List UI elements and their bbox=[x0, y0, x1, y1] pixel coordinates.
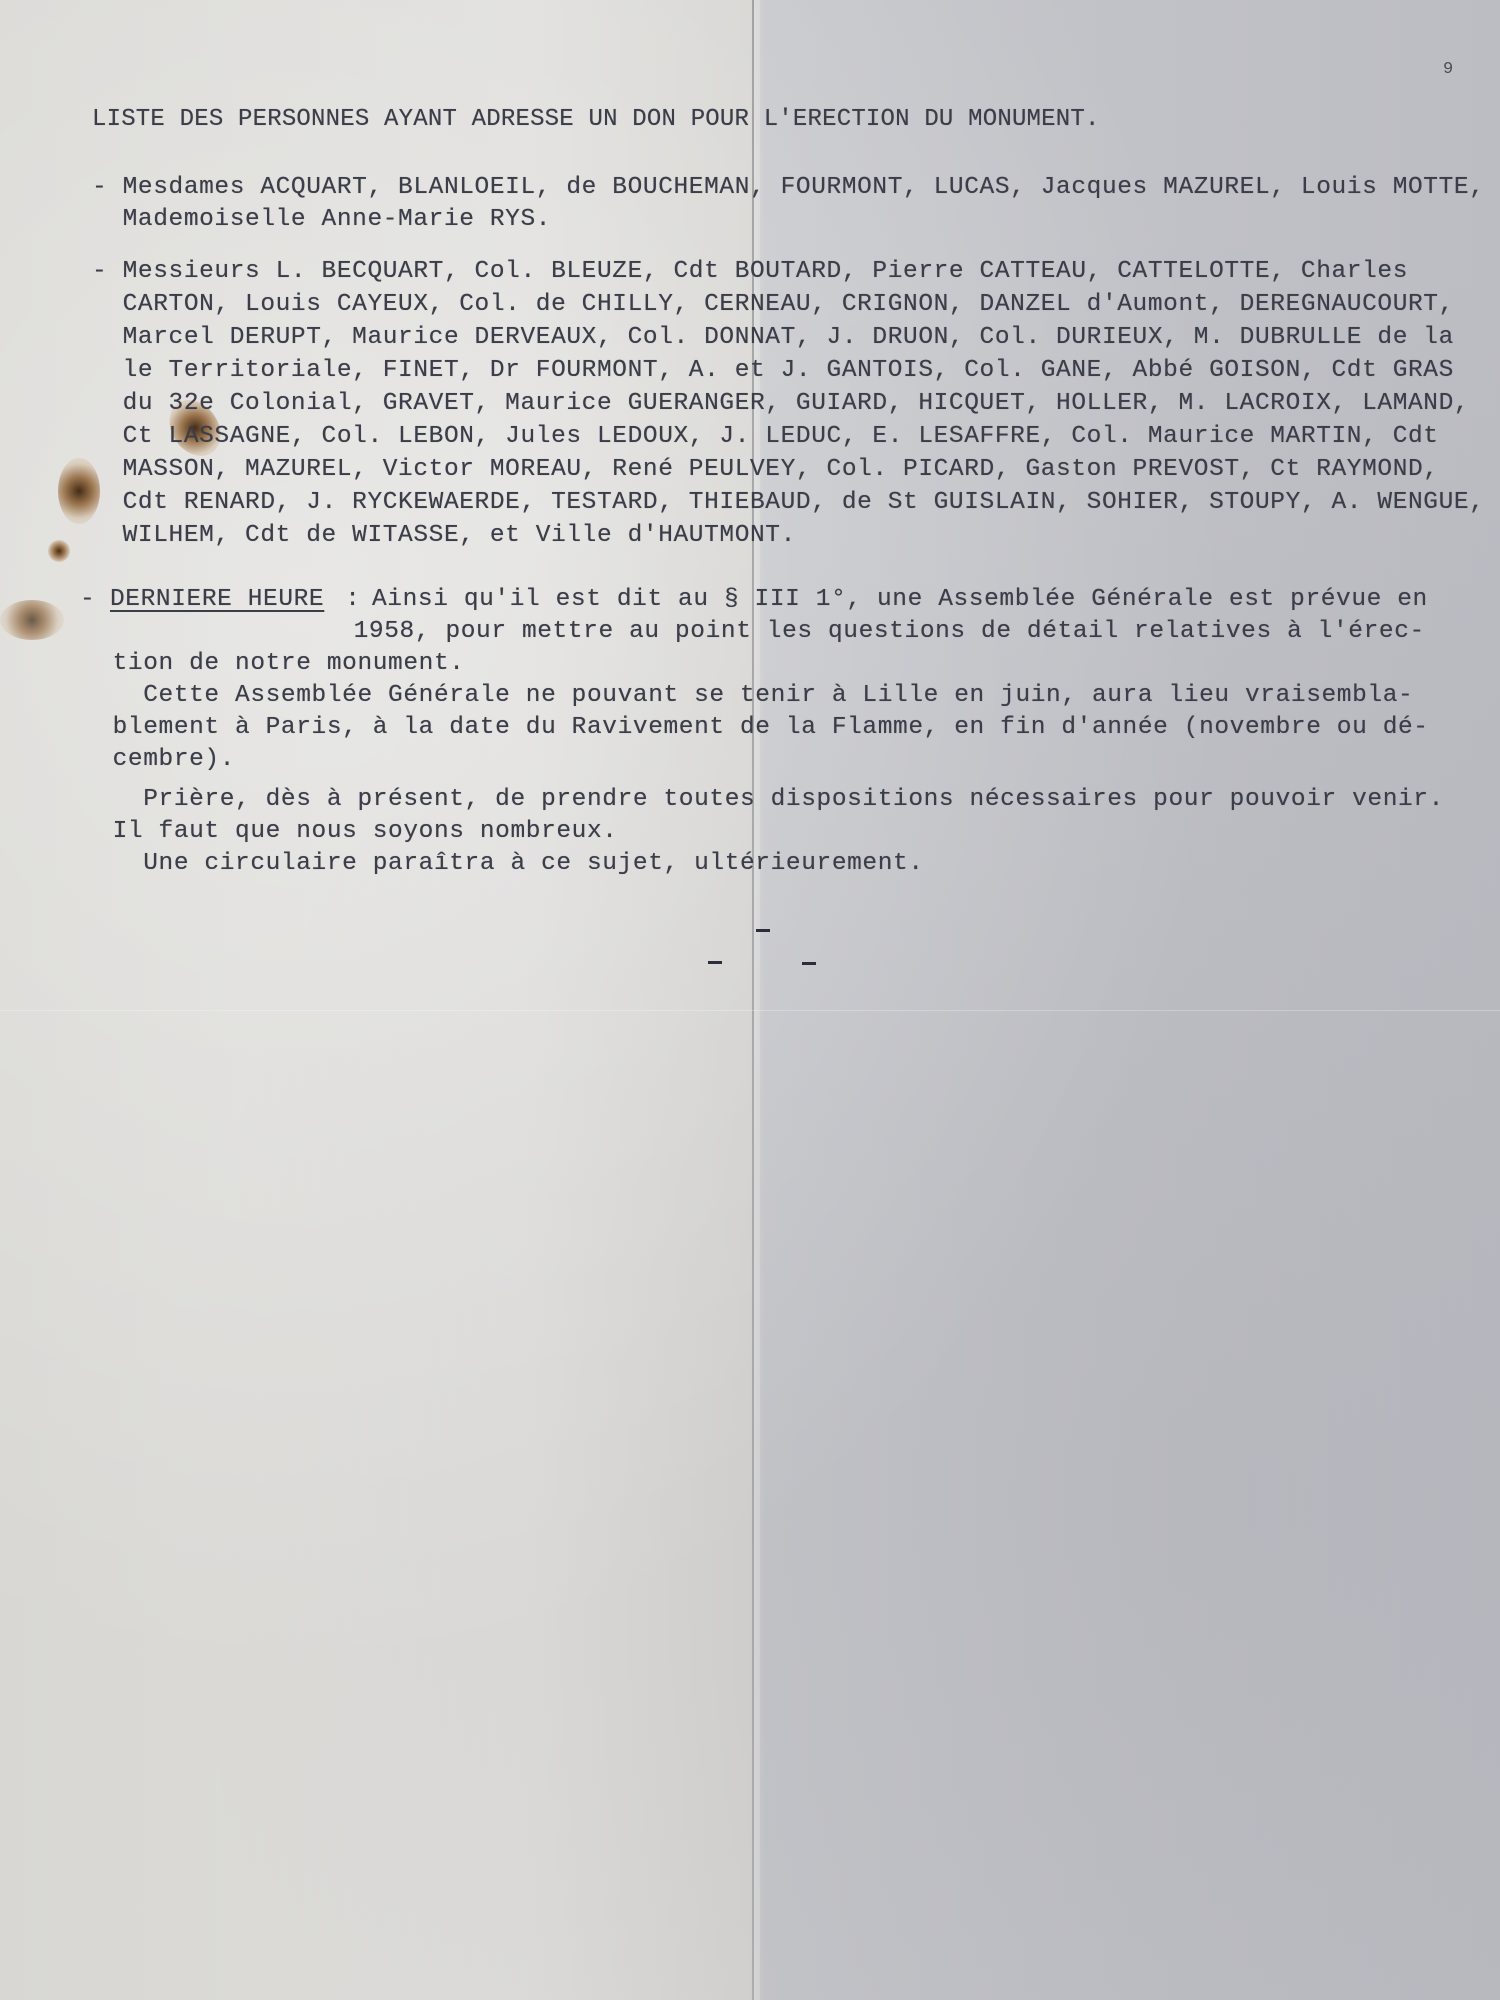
donor-line: - Messieurs L. BECQUART, Col. BLEUZE, Cd… bbox=[92, 258, 1408, 285]
end-dash bbox=[756, 929, 770, 932]
donor-line: Mademoiselle Anne-Marie RYS. bbox=[92, 206, 551, 233]
section-dash: - bbox=[80, 586, 95, 613]
donor-line: Marcel DERUPT, Maurice DERVEAUX, Col. DO… bbox=[92, 324, 1454, 351]
paragraph-line: Prière, dès à présent, de prendre toutes… bbox=[82, 786, 1444, 813]
label-separator: : bbox=[330, 586, 376, 613]
paragraph-line: 1958, pour mettre au point les questions… bbox=[170, 618, 1425, 645]
paragraph-line: Une circulaire paraîtra à ce sujet, ulté… bbox=[82, 850, 924, 877]
donor-line: MASSON, MAZUREL, Victor MOREAU, René PEU… bbox=[92, 456, 1439, 483]
end-dash bbox=[708, 961, 722, 964]
donor-line: - Mesdames ACQUART, BLANLOEIL, de BOUCHE… bbox=[92, 174, 1485, 201]
paragraph-line: blement à Paris, à la date du Ravivement… bbox=[82, 714, 1429, 741]
rust-stain bbox=[48, 540, 70, 562]
paragraph-line: cembre). bbox=[82, 746, 235, 773]
donor-line: le Territoriale, FINET, Dr FOURMONT, A. … bbox=[92, 357, 1454, 384]
donor-line: Ct LASSAGNE, Col. LEBON, Jules LEDOUX, J… bbox=[92, 423, 1439, 450]
donor-line: WILHEM, Cdt de WITASSE, et Ville d'HAUTM… bbox=[92, 522, 796, 549]
derniere-heure-label: DERNIERE HEURE bbox=[110, 586, 324, 613]
paragraph-line: Ainsi qu'il est dit au § III 1°, une Ass… bbox=[372, 586, 1428, 613]
donor-line: du 32e Colonial, GRAVET, Maurice GUERANG… bbox=[92, 390, 1469, 417]
document-title: LISTE DES PERSONNES AYANT ADRESSE UN DON… bbox=[92, 106, 1100, 133]
paragraph-line: Il faut que nous soyons nombreux. bbox=[82, 818, 618, 845]
donor-line: CARTON, Louis CAYEUX, Col. de CHILLY, CE… bbox=[92, 291, 1454, 318]
paragraph-line: Cette Assemblée Générale ne pouvant se t… bbox=[82, 682, 1413, 709]
donor-line: Cdt RENARD, J. RYCKEWAERDE, TESTARD, THI… bbox=[92, 489, 1485, 516]
horizontal-crease bbox=[0, 1010, 1500, 1011]
page-number: 9 bbox=[1443, 60, 1453, 79]
rust-stain bbox=[0, 600, 64, 640]
paragraph-line: tion de notre monument. bbox=[82, 650, 465, 677]
end-dash bbox=[802, 962, 816, 965]
document-page: 9 LISTE DES PERSONNES AYANT ADRESSE UN D… bbox=[0, 0, 1500, 2000]
